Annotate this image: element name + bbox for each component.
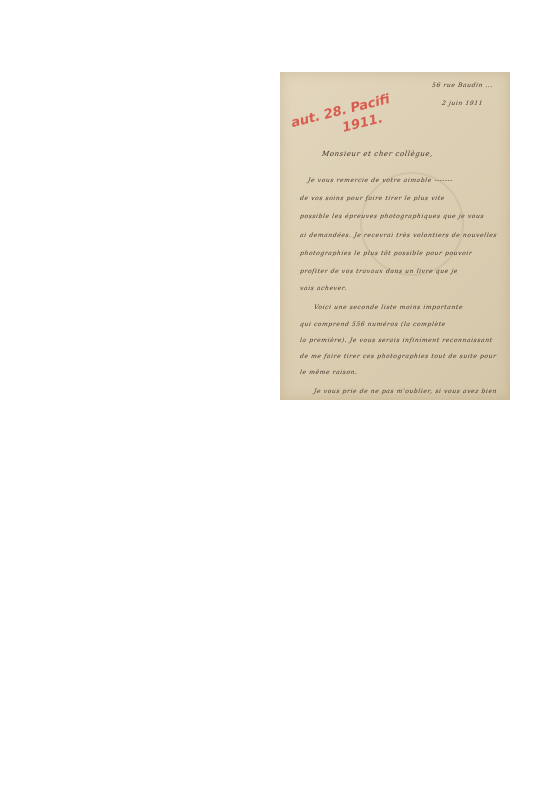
letter-line: la première). Je vous serais infiniment … [300, 337, 494, 344]
letter-line: profiter de vos travaux dans un livre qu… [300, 268, 459, 275]
letter-line: ai demandées. Je recevrai très volontier… [300, 232, 498, 239]
letter-page: aut. 28. Pacifi 1911. 56 rue Baudin ... … [280, 72, 510, 400]
letter-salutation: Monsieur et cher collègue, [321, 150, 433, 158]
letter-line: possible les épreuves photographiques qu… [300, 213, 485, 220]
letter-line: photographies le plus tôt possible pour … [300, 250, 473, 257]
letter-line: de vos soins pour faire tirer le plus vi… [300, 195, 446, 202]
letter-place: 56 rue Baudin ... [432, 82, 494, 89]
letter-line: vais achever. [300, 285, 348, 292]
letter-line: de me faire tirer ces photographies tout… [300, 353, 498, 360]
letter-line: Je vous remercie de votre aimable ------… [308, 177, 454, 184]
letter-line: Je vous prie de ne pas m'oublier, si vou… [314, 388, 498, 395]
letter-date: 2 juin 1911 [442, 100, 484, 107]
letter-line: qui comprend 556 numéros (la complète [300, 321, 447, 328]
letter-line: Voici une seconde liste moins importante [314, 304, 464, 311]
letter-line: le même raison. [300, 369, 359, 376]
faded-stamp [360, 172, 464, 276]
